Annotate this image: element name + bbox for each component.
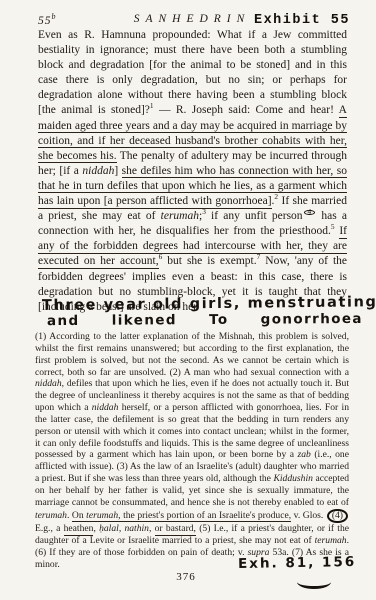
swoosh-underline-mark: [297, 575, 331, 589]
scanned-talmud-page: 55b SANHEDRIN Exhibit 55 Even as R. Hamn…: [0, 0, 376, 600]
folio-base: 55: [38, 15, 52, 27]
tractate-title: SANHEDRIN: [134, 13, 251, 25]
exhibit-stamp: Exhibit 55: [254, 13, 350, 28]
main-text: Even as R. Hamnuna propounded: What if a…: [38, 28, 347, 315]
handwritten-exhibit-reference: Exh. 81, 156: [238, 554, 356, 572]
page-number: 376: [176, 571, 196, 583]
handwritten-annotation-line2: and likened To gonorrhoea: [47, 311, 363, 329]
footnotes-text: (1) According to the latter explanation …: [35, 331, 349, 571]
folio-superscript: b: [52, 12, 57, 21]
folio-number: 55b: [38, 12, 57, 27]
